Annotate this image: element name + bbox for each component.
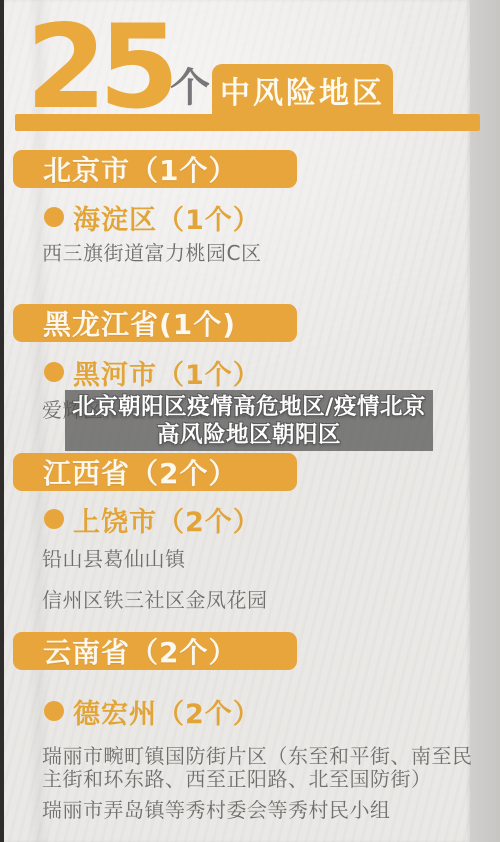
area-item: 瑞丽市弄岛镇等秀村委会等秀村民小组 [42, 799, 391, 822]
province-banner-label: 江西省（2个） [43, 452, 237, 492]
area-item: 西三旗街道富力桃园C区 [42, 242, 261, 265]
risk-area-count: 25 [26, 10, 171, 126]
count-unit-label: 个 [170, 68, 210, 108]
watermark-overlay: 北京朝阳区疫情高危地区/疫情北京 高风险地区朝阳区 [65, 390, 433, 451]
area-item: 铅山县葛仙山镇 [42, 548, 186, 571]
province-banner-heilongjiang: 黑龙江省(1个) [13, 304, 297, 342]
province-banner-jiangxi: 江西省（2个） [13, 453, 297, 491]
city-row-dehong: 德宏州（2个） [44, 696, 261, 726]
city-label: 上饶市（2个） [73, 500, 261, 539]
province-banner-label: 北京市（1个） [43, 149, 237, 189]
watermark-line2: 高风险地区朝阳区 [157, 421, 341, 449]
city-label: 黑河市（1个） [73, 353, 261, 392]
city-label: 德宏州（2个） [73, 692, 261, 731]
province-banner-label: 黑龙江省(1个) [43, 303, 236, 343]
title-badge-label: 中风险地区 [220, 68, 385, 112]
area-item: 信州区铁三社区金凤花园 [42, 589, 268, 612]
province-banner-beijing: 北京市（1个） [13, 150, 297, 188]
city-row-haidian: 海淀区（1个） [44, 202, 261, 232]
infographic-poster: 25 个 中风险地区 北京市（1个） 海淀区（1个） 西三旗街道富力桃园C区 黑… [0, 0, 500, 842]
area-item: 瑞丽市畹町镇国防街片区（东至和平街、南至民主街和环东路、西至正阳路、北至国防街） [42, 745, 486, 791]
title-badge: 中风险地区 [212, 64, 393, 115]
province-banner-yunnan: 云南省（2个） [13, 632, 297, 670]
province-banner-label: 云南省（2个） [43, 631, 237, 671]
city-label: 海淀区（1个） [73, 198, 261, 237]
watermark-line1: 北京朝阳区疫情高危地区/疫情北京 [72, 393, 426, 421]
bullet-dot-icon [44, 207, 64, 227]
bullet-dot-icon [44, 701, 64, 721]
city-row-heihe: 黑河市（1个） [44, 357, 261, 387]
city-row-shangrao: 上饶市（2个） [44, 504, 261, 534]
bullet-dot-icon [44, 509, 64, 529]
left-edge-strip [0, 0, 4, 842]
bullet-dot-icon [44, 362, 64, 382]
